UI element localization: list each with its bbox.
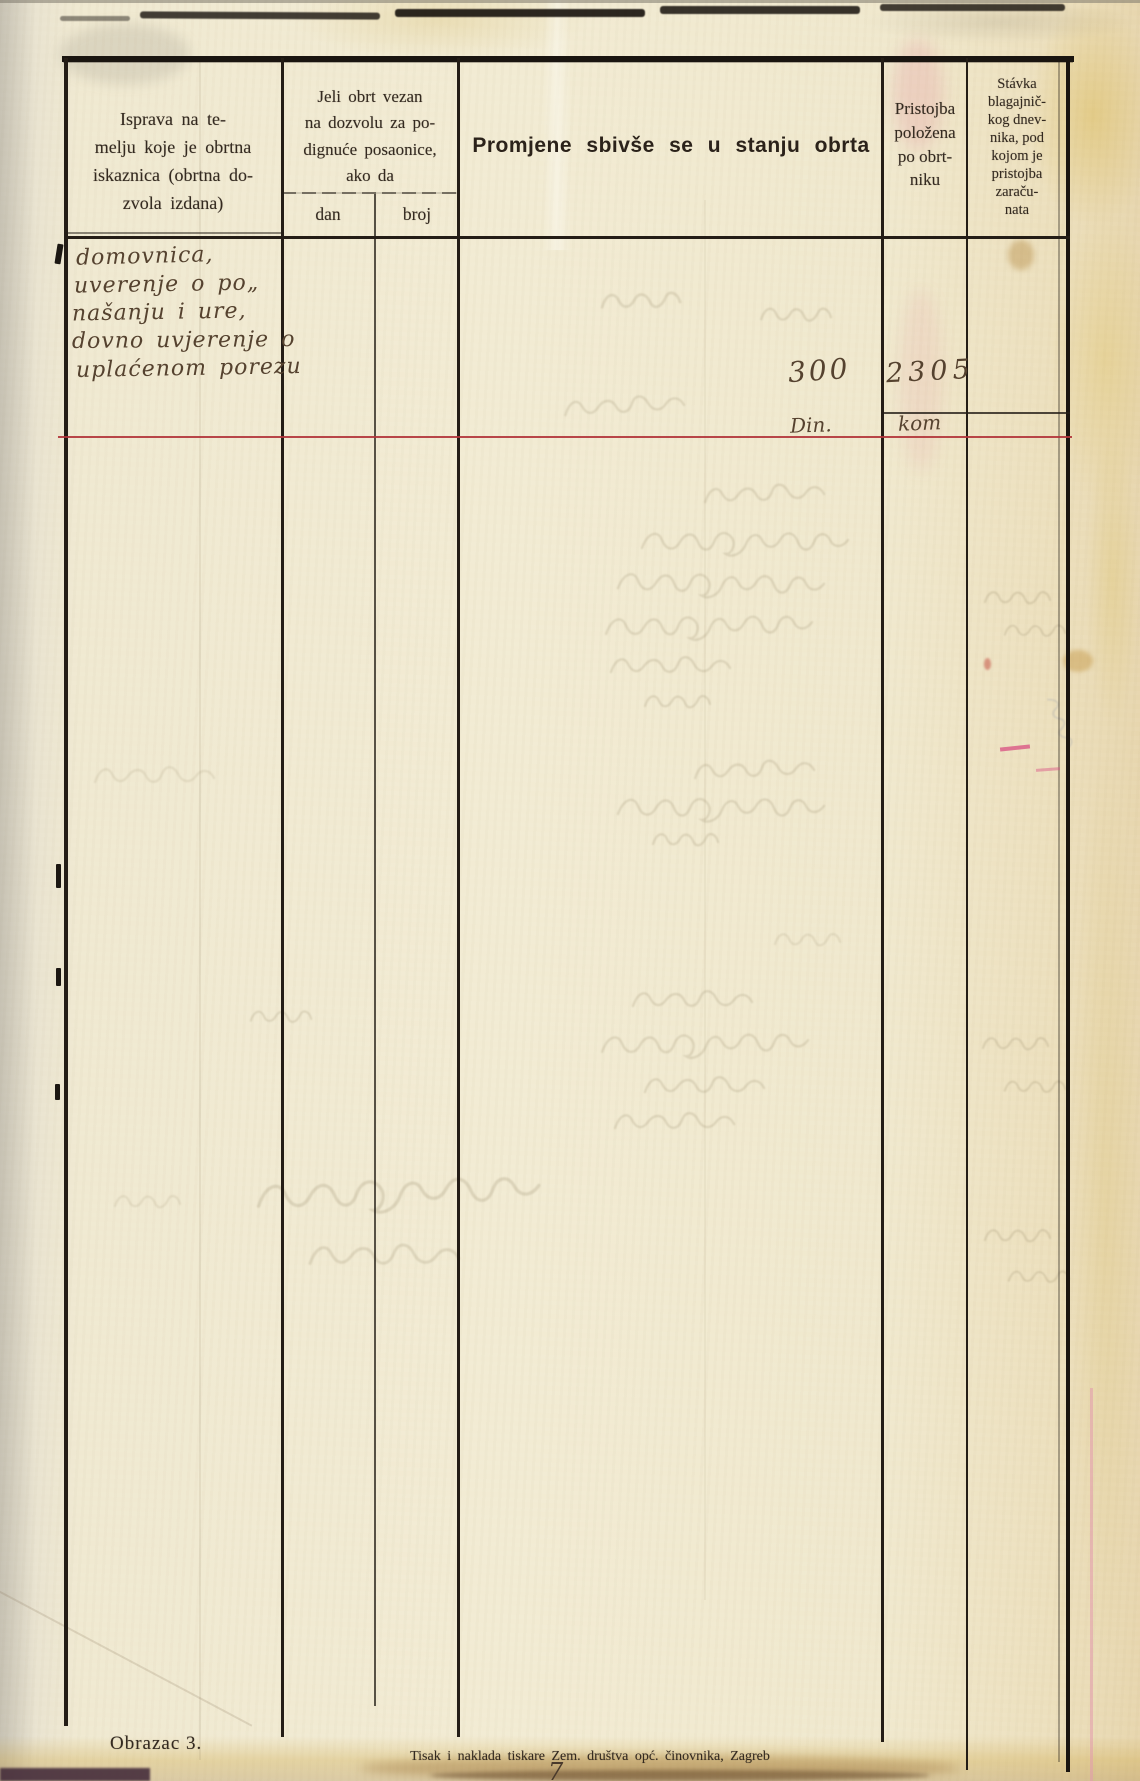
showthrough-mark (648, 826, 723, 854)
column-header-dozvola: Jeli obrt vezan na dozvolu za po- dignuć… (284, 84, 456, 189)
journal-entry-value: 2305 (885, 354, 975, 390)
stain (1050, 210, 1140, 510)
showthrough-mark (1004, 1264, 1074, 1290)
showthrough-mark (1000, 618, 1070, 644)
table-divider-col1-col2 (281, 58, 284, 1737)
ink-smear (880, 4, 1065, 11)
showthrough-mark (755, 300, 837, 330)
showthrough-mark (110, 1188, 185, 1216)
table-divider-col2-col3 (457, 58, 460, 1737)
table-left-border (64, 58, 68, 1726)
header-bottom-line (64, 236, 1070, 239)
stain (1085, 430, 1140, 730)
showthrough-mark (610, 1106, 740, 1138)
printer-imprint: Tisak i naklada tiskare Zem. društva opć… (330, 1749, 850, 1765)
handwritten-entry-line: uplaćenom porezu (76, 354, 302, 383)
showthrough-mark (612, 790, 832, 826)
showthrough-mark (300, 1236, 470, 1276)
header-bottom-line-double (66, 232, 282, 234)
showthrough-mark (1000, 1074, 1070, 1100)
showthrough-mark (1028, 687, 1092, 759)
fee-amount-value: 300 (787, 352, 852, 389)
stain (430, 1770, 930, 1781)
pink-mark (1036, 767, 1060, 772)
handwritten-page-number: 7 (548, 1758, 563, 1781)
ink-smear (395, 9, 645, 17)
form-number-label: Obrazac 3. (110, 1733, 202, 1755)
paper-crease (704, 200, 706, 1600)
margin-tick (56, 864, 61, 888)
showthrough-mark (978, 1030, 1053, 1058)
stain (60, 24, 190, 84)
scanned-form-page: Isprava na te- melju koje je obrtna iska… (0, 0, 1140, 1781)
showthrough-mark (980, 584, 1055, 612)
showthrough-mark (770, 926, 845, 954)
red-speck (984, 658, 991, 670)
subcolumn-header-dan: dan (284, 204, 372, 225)
ink-smear (140, 11, 380, 19)
red-rule-line (58, 436, 1072, 438)
showthrough-mark (699, 476, 830, 513)
table-divider-col4-col5 (966, 58, 968, 1770)
margin-tick (55, 1084, 60, 1100)
paper-crease (0, 1579, 252, 1726)
journal-entry-unit: kom (898, 410, 942, 435)
scan-edge-line (0, 0, 1140, 3)
margin-tick (54, 244, 63, 265)
pink-vertical-line (1090, 1388, 1093, 1781)
showthrough-mark (636, 524, 856, 560)
handwritten-entry-line: uverenje o po„ (74, 270, 260, 298)
showthrough-mark (640, 688, 715, 716)
showthrough-mark (249, 1163, 551, 1223)
table-top-border (62, 56, 1074, 62)
stain (1070, 760, 1140, 1660)
margin-tick (56, 968, 61, 986)
stain (0, 1768, 150, 1781)
handwritten-entry-line: dovno uvjerenje o (72, 327, 296, 354)
showthrough-mark (640, 1070, 770, 1102)
showthrough-mark (689, 752, 820, 789)
column-header-promjene: Promjene sbivše se u stanju obrta (462, 134, 880, 158)
ink-smear (660, 6, 860, 14)
paper-crease (543, 0, 571, 250)
table-divider-col3-col4 (881, 58, 884, 1742)
column-header-pristojba: Pristojba položena po obrt- niku (884, 97, 966, 192)
ink-smear (60, 16, 130, 21)
handwritten-entry-line: našanju i ure, (72, 298, 247, 326)
showthrough-mark (559, 387, 690, 426)
showthrough-mark (595, 282, 686, 319)
showthrough-mark (612, 564, 833, 604)
showthrough-mark (628, 984, 758, 1016)
column-header-stavka: Stávka blagajnič- kog dnev- nika, pod ko… (969, 76, 1065, 220)
subheader-divider-line (282, 192, 457, 194)
subcolumn-header-broj: broj (378, 204, 456, 225)
showthrough-mark (596, 1024, 817, 1064)
table-divider-dan-broj (374, 194, 376, 1706)
showthrough-mark (90, 760, 220, 792)
stain (0, 0, 36, 1781)
table-right-border (1066, 56, 1070, 1772)
column-header-isprava: Isprava na te- melju koje je obrtna iska… (68, 106, 278, 218)
table-right-border-shadow (1058, 60, 1060, 1762)
fee-amount-unit: Din. (790, 412, 832, 437)
showthrough-mark (600, 606, 821, 646)
pink-mark (1000, 744, 1030, 751)
showthrough-mark (606, 650, 736, 682)
handwritten-entry-line: domovnica, (76, 242, 214, 271)
showthrough-mark (980, 1222, 1055, 1250)
stain (1008, 240, 1034, 270)
